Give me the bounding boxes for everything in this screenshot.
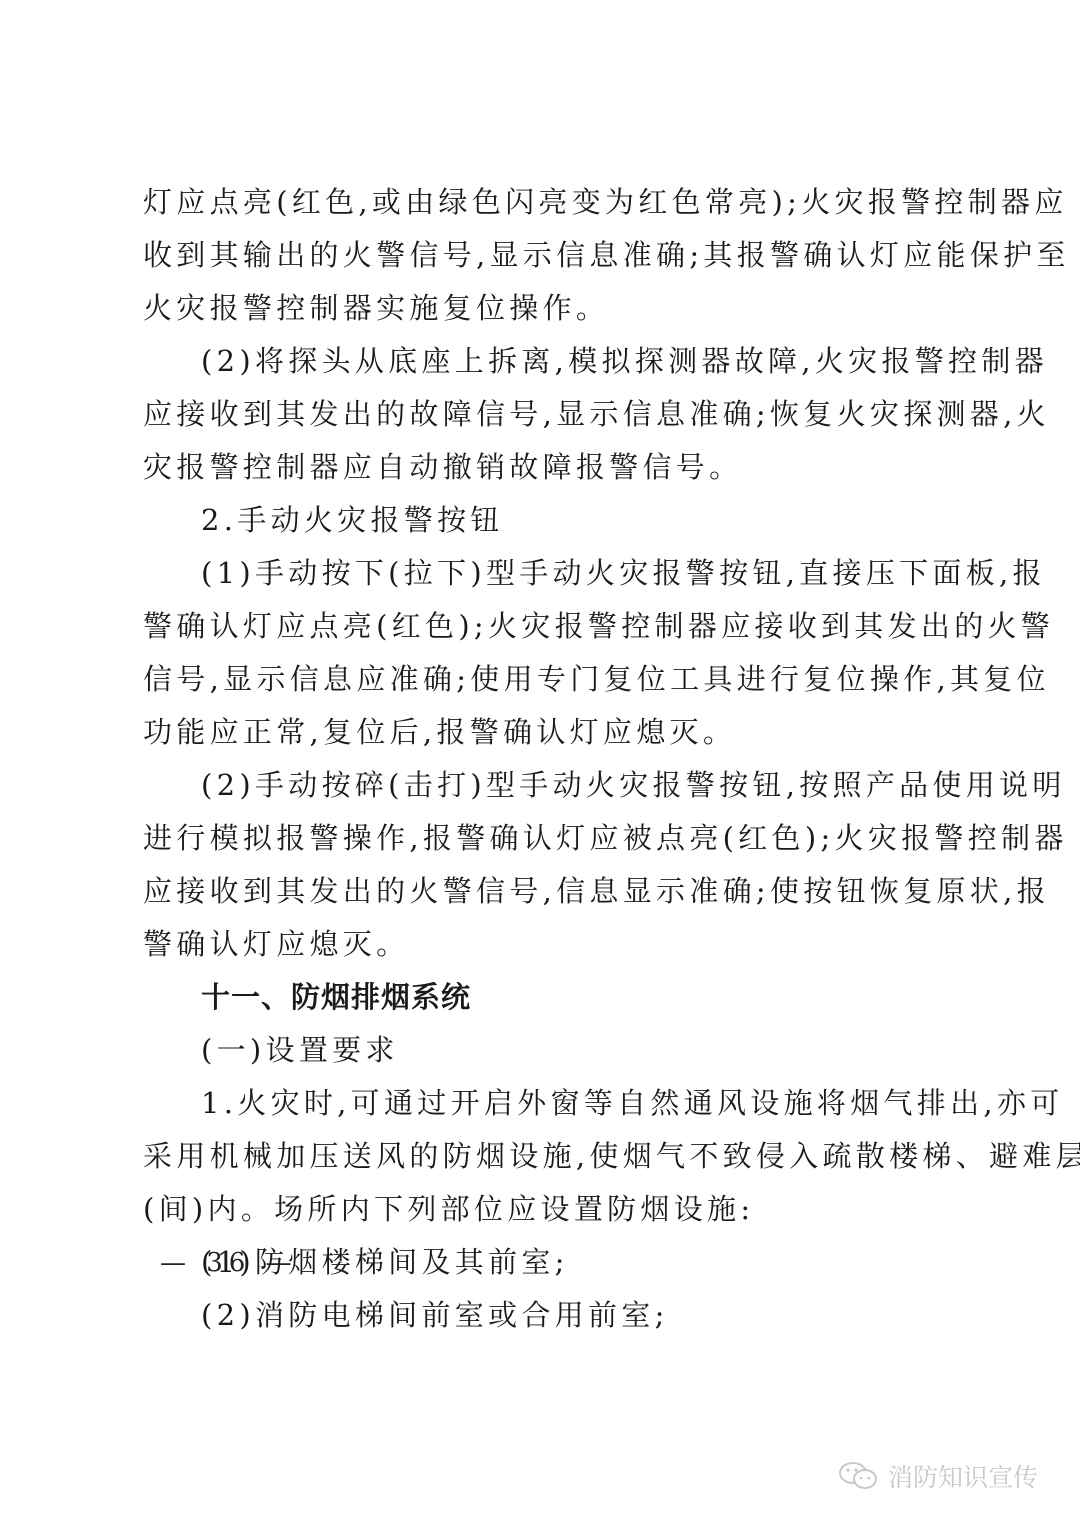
- wechat-icon: [838, 1461, 880, 1491]
- text-line: (2)将探头从底座上拆离,模拟探测器故障,火灾报警控制器: [143, 335, 939, 388]
- watermark-text: 消防知识宣传: [888, 1458, 1038, 1494]
- text-line: 采用机械加压送风的防烟设施,使烟气不致侵入疏散楼梯、避难层: [143, 1130, 939, 1183]
- text-line: 应接收到其发出的故障信号,显示信息准确;恢复火灾探测器,火: [143, 388, 939, 441]
- list-item: (2)消防电梯间前室或合用前室;: [143, 1289, 939, 1342]
- document-body: 灯应点亮(红色,或由绿色闪亮变为红色常亮);火灾报警控制器应 收到其输出的火警信…: [143, 176, 939, 1342]
- text-line: (2)手动按碎(击打)型手动火灾报警按钮,按照产品使用说明: [143, 759, 939, 812]
- text-line: 警确认灯应点亮(红色);火灾报警控制器应接收到其发出的火警: [143, 600, 939, 653]
- text-line: (1)手动按下(拉下)型手动火灾报警按钮,直接压下面板,报: [143, 547, 939, 600]
- text-line: 信号,显示信息应准确;使用专门复位工具进行复位操作,其复位: [143, 653, 939, 706]
- subsection-title: 2.手动火灾报警按钮: [143, 494, 939, 547]
- subsection-title: (一)设置要求: [143, 1024, 939, 1077]
- text-line: 应接收到其发出的火警信号,信息显示准确;使按钮恢复原状,报: [143, 865, 939, 918]
- text-line: 进行模拟报警操作,报警确认灯应被点亮(红色);火灾报警控制器: [143, 812, 939, 865]
- text-line: 警确认灯应熄灭。: [143, 918, 939, 971]
- section-heading: 十一、防烟排烟系统: [143, 971, 939, 1024]
- text-line: 灾报警控制器应自动撤销故障报警信号。: [143, 441, 939, 494]
- text-line: 火灾报警控制器实施复位操作。: [143, 282, 939, 335]
- text-line: 灯应点亮(红色,或由绿色闪亮变为红色常亮);火灾报警控制器应: [143, 176, 939, 229]
- text-line: 1.火灾时,可通过开启外窗等自然通风设施将烟气排出,亦可: [143, 1077, 939, 1130]
- text-line: 收到其输出的火警信号,显示信息准确;其报警确认灯应能保护至: [143, 229, 939, 282]
- page-number: — 36 —: [160, 1248, 298, 1278]
- text-line: 功能应正常,复位后,报警确认灯应熄灭。: [143, 706, 939, 759]
- text-line: (间)内。场所内下列部位应设置防烟设施:: [143, 1183, 939, 1236]
- watermark: 消防知识宣传: [838, 1458, 1038, 1494]
